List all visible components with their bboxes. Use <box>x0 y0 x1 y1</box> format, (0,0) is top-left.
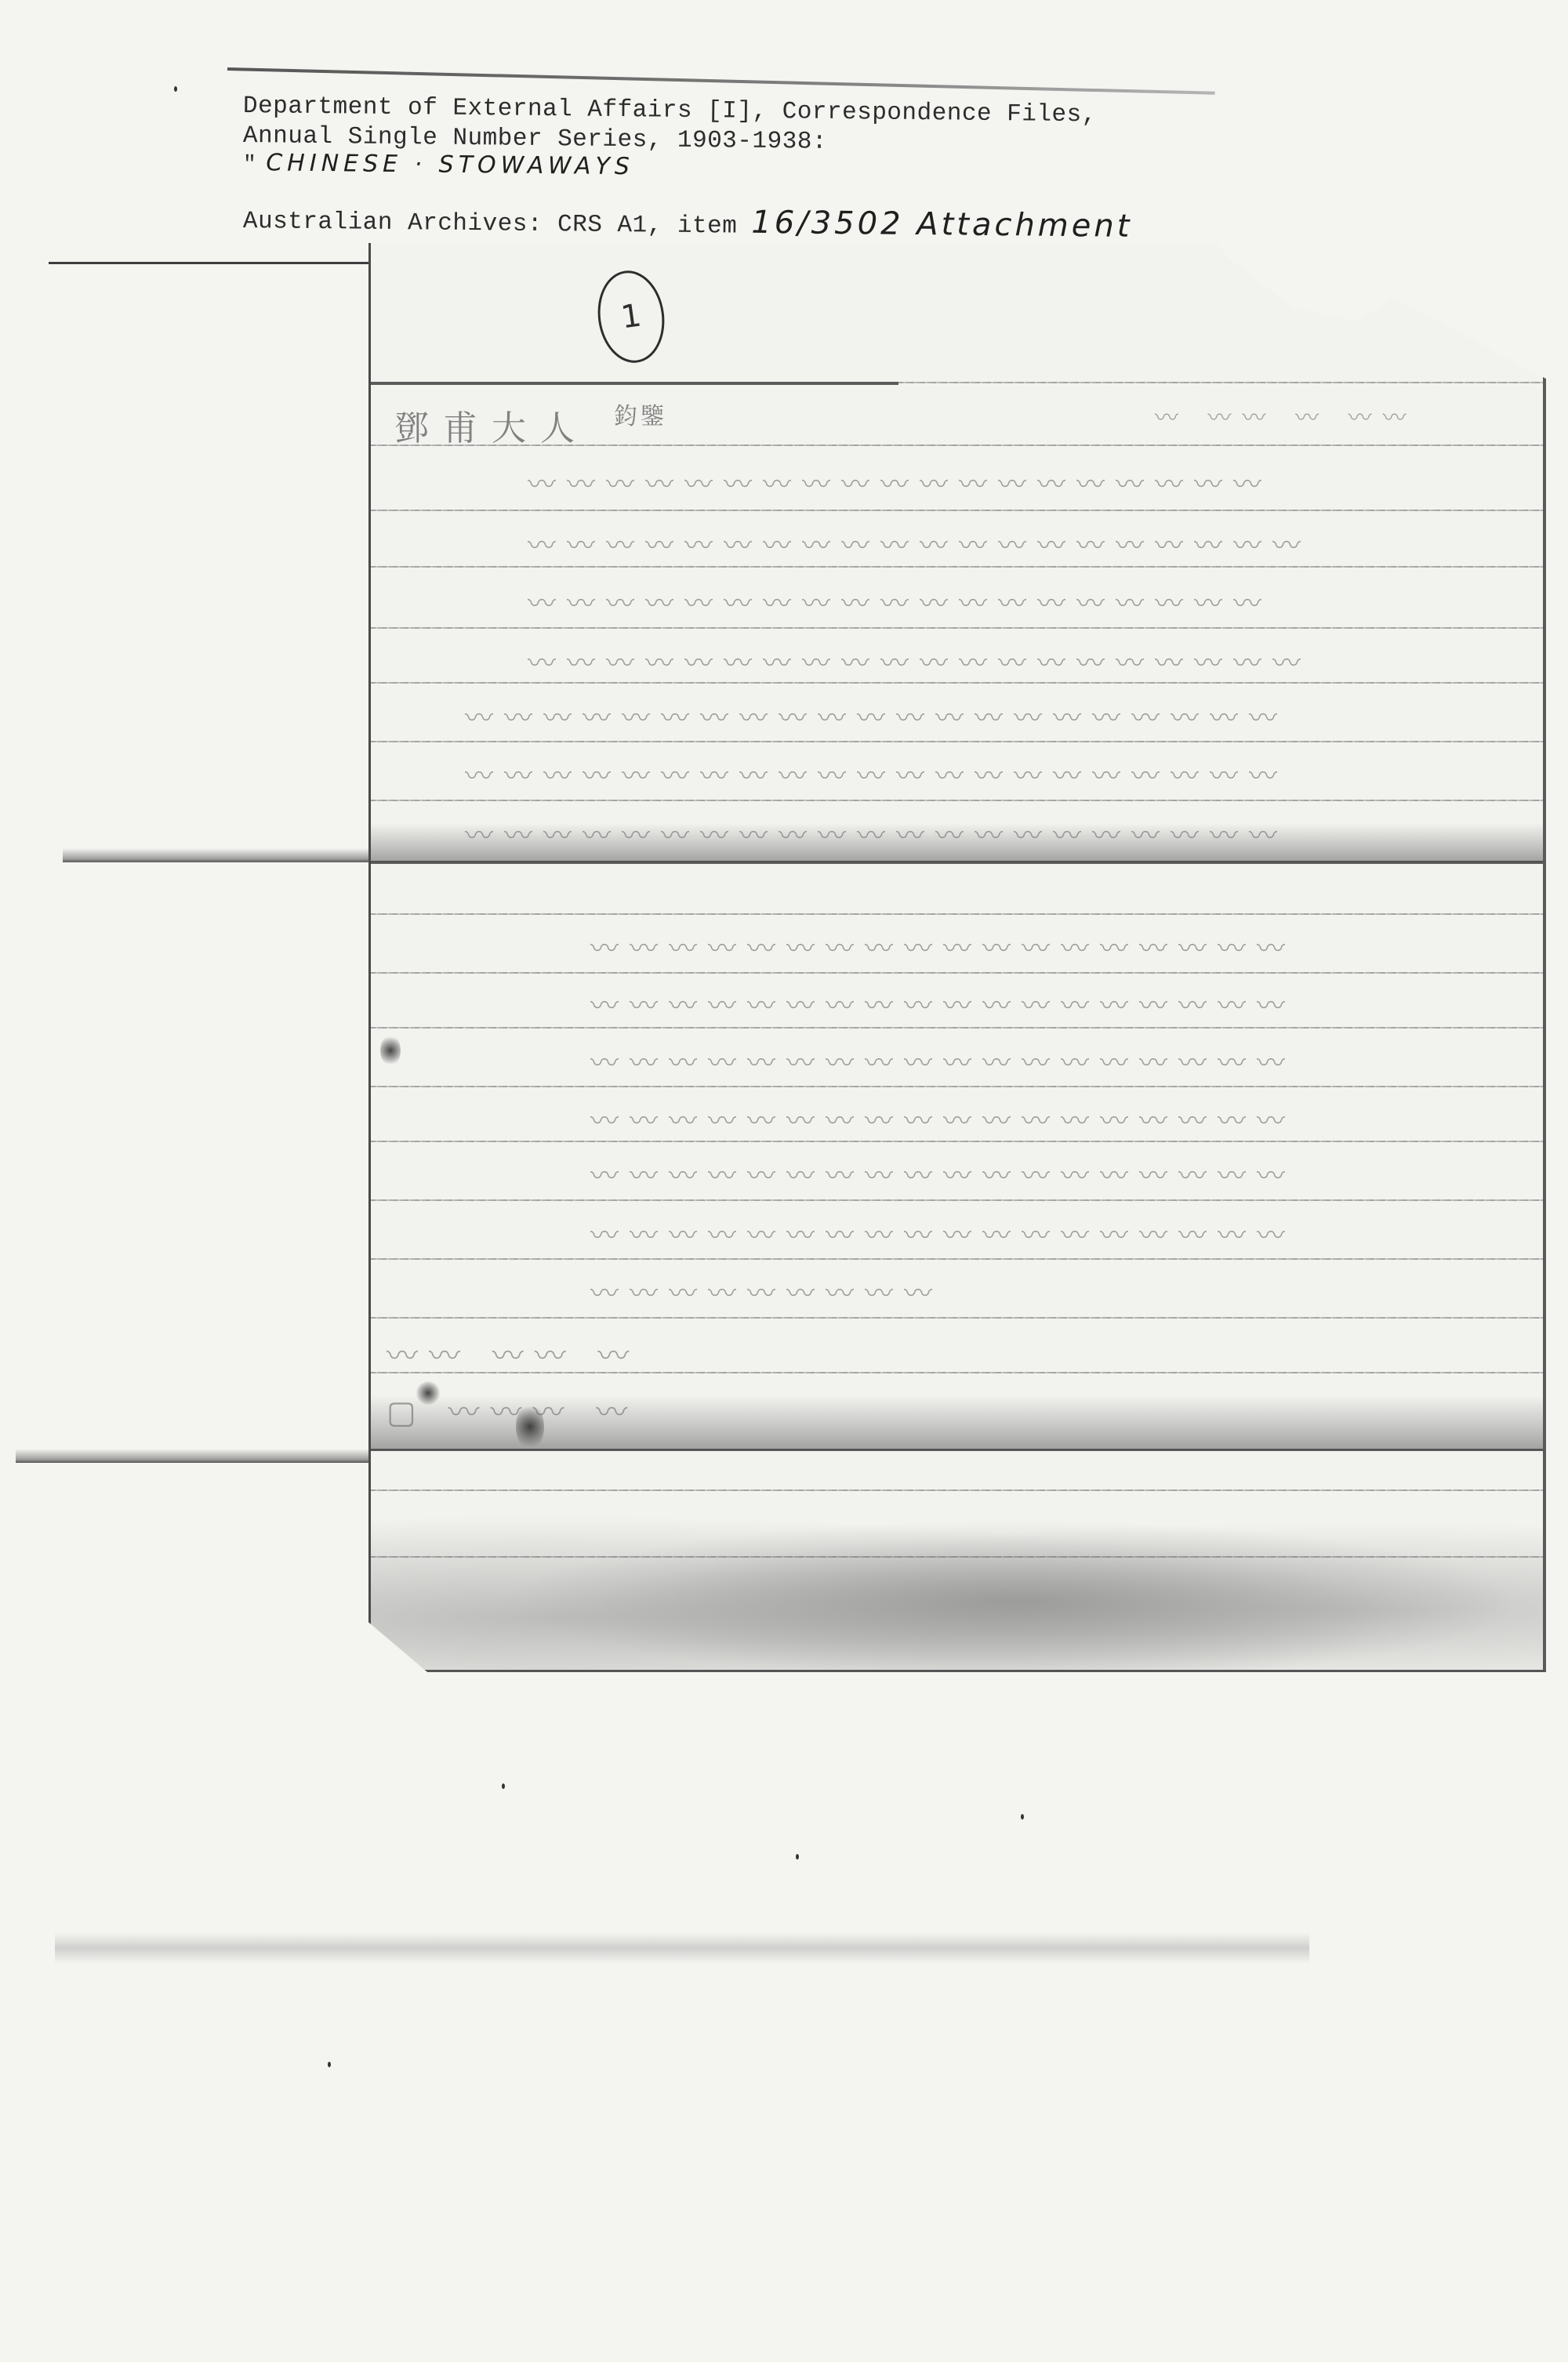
ruled-line <box>371 800 1543 801</box>
letter-body-row: 〰〰〰〰〰〰〰〰〰〰〰〰〰〰〰〰〰〰〰 <box>528 463 1272 503</box>
crumpled-bottom-edge <box>371 1497 1543 1670</box>
scan-speck <box>1021 1814 1024 1820</box>
lower-fold-line <box>371 1449 1543 1451</box>
chinese-letter-sheet: 1 鄧甫大人 鈞鑒 〰 〰〰 〰 〰〰 〰〰〰〰〰〰〰〰〰〰〰〰〰〰〰〰〰〰〰 … <box>368 243 1546 1672</box>
archive-reference-typed: Australian Archives: CRS A1, item <box>243 208 738 241</box>
letter-body-row: 〰〰〰〰〰〰〰〰〰〰〰〰〰〰〰〰〰〰 <box>590 927 1296 967</box>
scan-speck <box>328 2062 331 2067</box>
letter-body-row: 〰〰〰〰〰〰〰〰〰〰〰〰〰〰〰〰〰〰 <box>590 1154 1296 1194</box>
ruled-line <box>371 972 1543 974</box>
fold-line <box>371 861 1543 864</box>
scan-artifact-band <box>55 1932 1309 1964</box>
background-sheet-fold-shadow <box>63 848 370 862</box>
letter-body-row: 〰〰〰〰〰〰〰〰〰〰〰〰〰〰〰〰〰〰〰〰〰 <box>465 696 1288 736</box>
header-top-rule <box>227 67 1215 95</box>
ruled-line <box>371 382 898 385</box>
ruled-line <box>371 913 1543 915</box>
letter-salutation-suffix: 鈞鑒 <box>614 397 667 431</box>
letter-body-row: 〰〰〰〰〰〰〰〰〰〰〰〰〰〰〰〰〰〰〰〰 <box>528 641 1312 681</box>
signature-line-1: 〰〰 〰〰 〰 <box>387 1331 640 1376</box>
ruled-line <box>371 1141 1543 1142</box>
letter-body-row: 〰〰〰〰〰〰〰〰〰〰〰〰〰〰〰〰〰〰 <box>590 1214 1296 1254</box>
ruled-line <box>371 566 1543 568</box>
ruled-line <box>371 682 1543 684</box>
ink-blot <box>380 1035 401 1066</box>
file-title-line: " CHINESE · STOWAWAYS <box>243 149 634 181</box>
letter-body-row: 〰〰〰〰〰〰〰〰〰〰〰〰〰〰〰〰〰〰〰〰〰 <box>465 814 1288 854</box>
letter-body-row: 〰〰〰〰〰〰〰〰〰 <box>590 1272 943 1312</box>
background-sheet-top-edge <box>49 262 370 264</box>
ink-blot <box>516 1403 544 1450</box>
letter-body-row: 〰〰〰〰〰〰〰〰〰〰〰〰〰〰〰〰〰〰〰 <box>528 582 1272 622</box>
ruled-line <box>898 382 1543 383</box>
letter-body-row: 〰〰〰〰〰〰〰〰〰〰〰〰〰〰〰〰〰〰 <box>590 1041 1296 1081</box>
ruled-line <box>371 510 1543 511</box>
background-sheet-lower-shadow <box>16 1449 370 1463</box>
letter-body-row: 〰〰〰〰〰〰〰〰〰〰〰〰〰〰〰〰〰〰〰〰〰 <box>465 754 1288 794</box>
ruled-line <box>371 1199 1543 1201</box>
scan-speck <box>174 86 177 92</box>
folio-number-circle: 1 <box>592 267 670 368</box>
date-address-note: 〰 〰〰 〰 〰〰 <box>1155 398 1417 433</box>
scan-speck <box>796 1854 799 1859</box>
ink-blot <box>416 1381 440 1405</box>
letter-body-row: 〰〰〰〰〰〰〰〰〰〰〰〰〰〰〰〰〰〰 <box>590 1099 1296 1139</box>
ruled-line <box>371 1317 1543 1319</box>
ruled-line <box>371 1086 1543 1087</box>
ruled-line <box>371 1258 1543 1260</box>
ruled-line <box>371 1027 1543 1029</box>
ruled-line <box>371 627 1543 629</box>
letter-body-row: 〰〰〰〰〰〰〰〰〰〰〰〰〰〰〰〰〰〰〰〰 <box>528 524 1312 564</box>
letter-salutation: 鄧甫大人 <box>394 400 589 450</box>
ruled-line <box>371 741 1543 742</box>
ruled-line <box>371 1489 1543 1491</box>
handwritten-item-number: 16/3502 Attachment <box>751 205 1133 245</box>
scan-speck <box>502 1783 505 1789</box>
handwritten-file-title: CHINESE · STOWAWAYS <box>266 149 634 180</box>
letter-body-row: 〰〰〰〰〰〰〰〰〰〰〰〰〰〰〰〰〰〰 <box>590 984 1296 1024</box>
quote-mark: " <box>243 153 257 177</box>
archive-reference-line: Australian Archives: CRS A1, item 16/350… <box>243 199 1133 245</box>
